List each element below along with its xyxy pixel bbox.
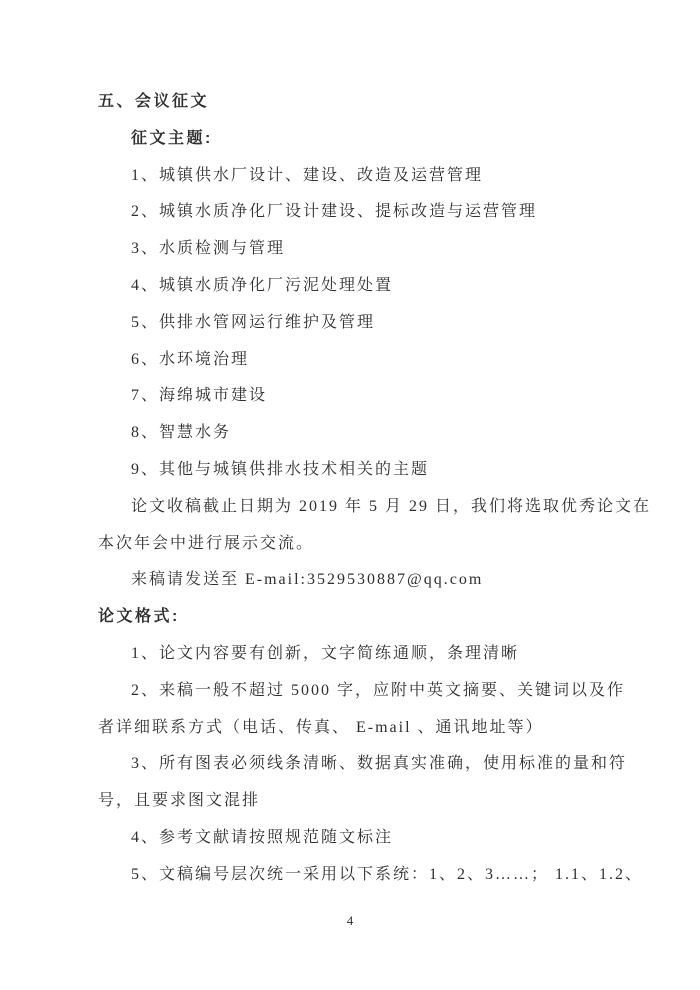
topic-item: 5、供排水管网运行维护及管理 [98,305,658,342]
topics-heading: 征文主题: [98,121,658,158]
section-heading: 五、会议征文 [98,84,658,121]
submission-deadline-line: 论文收稿截止日期为 2019 年 5 月 29 日，我们将选取优秀论文在 [98,489,658,526]
format-item: 1、论文内容要有创新，文字简练通顺，条理清晰 [98,636,658,673]
topic-item: 2、城镇水质净化厂设计建设、提标改造与运营管理 [98,194,658,231]
topic-item: 6、水环境治理 [98,342,658,379]
topic-item: 7、海绵城市建设 [98,378,658,415]
format-item: 4、参考文献请按照规范随文标注 [98,820,658,857]
format-item-continuation: 号，且要求图文混排 [98,783,658,820]
format-item: 5、文稿编号层次统一采用以下系统：1、2、3……； 1.1、1.2、 [98,857,658,894]
page-number: 4 [0,912,700,930]
topic-item: 8、智慧水务 [98,415,658,452]
document-body: 五、会议征文 征文主题: 1、城镇供水厂设计、建设、改造及运营管理 2、城镇水质… [98,84,658,894]
format-item-continuation: 者详细联系方式（电话、传真、 E-mail 、通讯地址等） [98,710,658,747]
format-item: 3、所有图表必须线条清晰、数据真实准确，使用标准的量和符 [98,746,658,783]
topic-item: 3、水质检测与管理 [98,231,658,268]
topic-item: 4、城镇水质净化厂污泥处理处置 [98,268,658,305]
format-heading: 论文格式: [98,599,658,636]
topic-item: 1、城镇供水厂设计、建设、改造及运营管理 [98,158,658,195]
document-page: 五、会议征文 征文主题: 1、城镇供水厂设计、建设、改造及运营管理 2、城镇水质… [0,0,700,990]
submission-deadline-line: 本次年会中进行展示交流。 [98,526,658,563]
submission-email-line: 来稿请发送至 E-mail:3529530887@qq.com [98,562,658,599]
topic-item: 9、其他与城镇供排水技术相关的主题 [98,452,658,489]
format-item: 2、来稿一般不超过 5000 字，应附中英文摘要、关键词以及作 [98,673,658,710]
